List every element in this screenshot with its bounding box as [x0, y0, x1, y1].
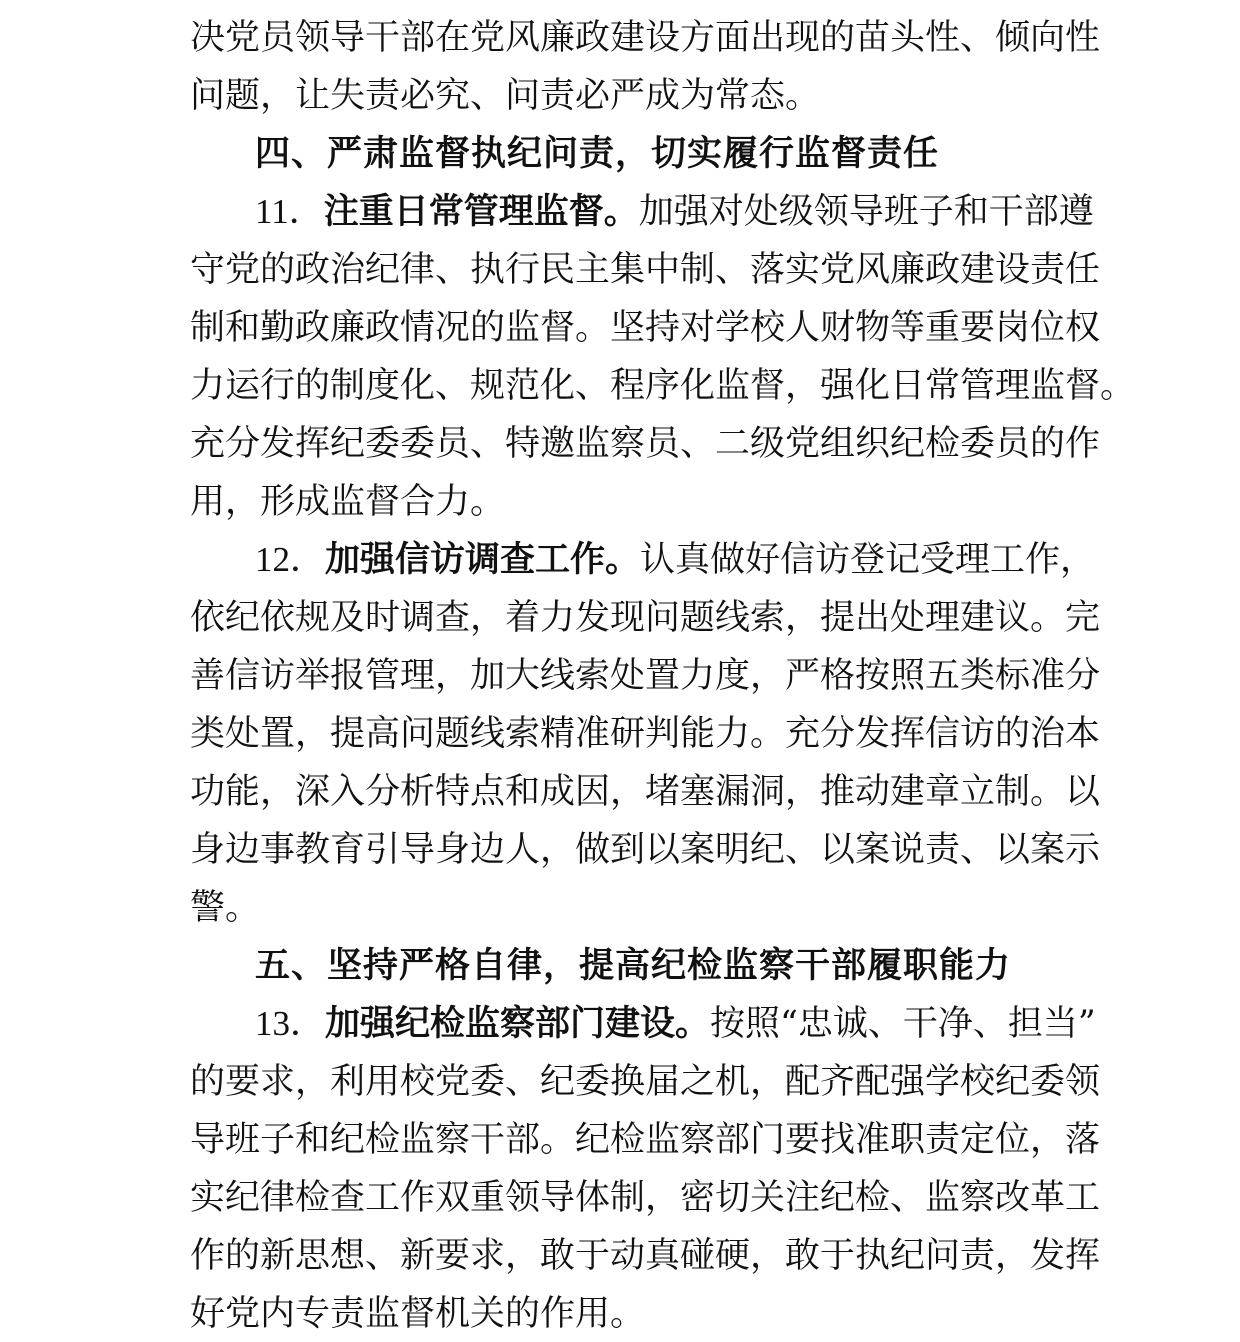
- paragraph-line: 导班子和纪检监察干部。纪检监察部门要找准职责定位，落: [190, 1111, 1056, 1169]
- item-number: 12．: [255, 540, 325, 579]
- paragraph-line: 力运行的制度化、规范化、程序化监督，强化日常管理监督。: [190, 357, 1056, 415]
- section-heading-5: 五、坚持严格自律，提高纪检监察干部履职能力: [190, 937, 1056, 995]
- paragraph-line: 警。: [190, 879, 1056, 937]
- paragraph-line: 决党员领导干部在党风廉政建设方面出现的苗头性、倾向性: [190, 9, 1056, 67]
- item-12-first-line: 12．加强信访调查工作。认真做好信访登记受理工作，: [190, 531, 1056, 589]
- paragraph-line: 用，形成监督合力。: [190, 473, 1056, 531]
- paragraph-line: 依纪依规及时调查，着力发现问题线索，提出处理建议。完: [190, 589, 1056, 647]
- paragraph-line: 制和勤政廉政情况的监督。坚持对学校人财物等重要岗位权: [190, 299, 1056, 357]
- item-title: 加强信访调查工作。: [325, 540, 640, 580]
- item-13-first-line: 13．加强纪检监察部门建设。按照“忠诚、干净、担当”: [190, 995, 1056, 1053]
- paragraph-line: 的要求，利用校党委、纪委换届之机，配齐配强学校纪委领: [190, 1053, 1056, 1111]
- item-text: 按照“忠诚、干净、担当”: [710, 1004, 1096, 1044]
- paragraph-line: 好党内专责监督机关的作用。: [190, 1285, 1056, 1342]
- paragraph-line: 善信访举报管理，加大线索处置力度，严格按照五类标准分: [190, 647, 1056, 705]
- paragraph-line: 功能，深入分析特点和成因，堵塞漏洞，推动建章立制。以: [190, 763, 1056, 821]
- paragraph-line: 问题，让失责必究、问责必严成为常态。: [190, 67, 1056, 125]
- paragraph-line: 类处置，提高问题线索精准研判能力。充分发挥信访的治本: [190, 705, 1056, 763]
- paragraph-line: 实纪律检查工作双重领导体制，密切关注纪检、监察改革工: [190, 1169, 1056, 1227]
- document-page: 决党员领导干部在党风廉政建设方面出现的苗头性、倾向性 问题，让失责必究、问责必严…: [190, 9, 1056, 1342]
- item-text: 认真做好信访登记受理工作，: [640, 540, 1095, 580]
- section-heading-4: 四、严肃监督执纪问责，切实履行监督责任: [190, 125, 1056, 183]
- paragraph-line: 守党的政治纪律、执行民主集中制、落实党风廉政建设责任: [190, 241, 1056, 299]
- paragraph-line: 作的新思想、新要求，敢于动真碰硬，敢于执纪问责，发挥: [190, 1227, 1056, 1285]
- item-number: 13．: [255, 1004, 325, 1043]
- item-11-first-line: 11．注重日常管理监督。加强对处级领导班子和干部遵: [190, 183, 1056, 241]
- item-number: 11．: [255, 192, 324, 231]
- item-title: 注重日常管理监督。: [324, 192, 639, 232]
- item-text: 加强对处级领导班子和干部遵: [639, 192, 1094, 232]
- item-title: 加强纪检监察部门建设。: [325, 1004, 710, 1044]
- paragraph-line: 充分发挥纪委委员、特邀监察员、二级党组织纪检委员的作: [190, 415, 1056, 473]
- paragraph-line: 身边事教育引导身边人，做到以案明纪、以案说责、以案示: [190, 821, 1056, 879]
